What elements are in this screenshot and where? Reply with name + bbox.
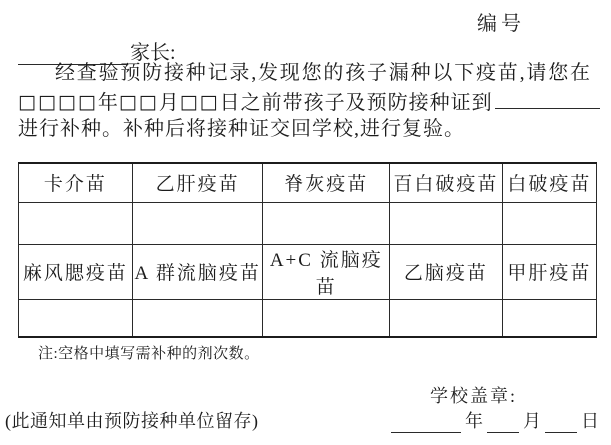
month-digit-boxes[interactable]: □□ [119,89,159,115]
fill-instruction-note: 注:空格中填写需补种的剂次数。 [38,342,260,363]
vaccine-name-cell: 甲肝疫苗 [502,244,596,299]
year-label: 年 [98,90,119,116]
year-digit-boxes[interactable]: □□□□ [18,89,98,115]
vaccine-name-cell: 乙脑疫苗 [390,244,503,299]
sign-year-label: 年 [465,407,483,433]
vaccine-name-cell: A+C 流脑疫苗 [263,244,390,299]
vaccine-name-cell: 卡介苗 [19,163,133,202]
dose-input-cell[interactable] [502,299,596,337]
serial-number-label: 编号 [477,7,525,36]
body-line1: 经查验预防接种记录,发现您的孩子漏种以下疫苗,请您在 [18,60,600,86]
vaccine-name-row: 卡介苗 乙肝疫苗 脊灰疫苗 百白破疫苗 白破疫苗 [19,163,597,202]
retention-note: (此通知单由预防接种单位留存) [5,407,259,433]
dose-input-cell[interactable] [263,299,390,337]
sign-year-blank[interactable] [391,412,461,433]
dose-input-row [19,299,597,337]
sign-month-blank[interactable] [487,412,519,433]
vaccine-table: 卡介苗 乙肝疫苗 脊灰疫苗 百白破疫苗 白破疫苗 麻风腮疫苗 A 群流脑疫苗 A… [18,162,597,338]
line2-suffix-text: 日之前带孩子及预防接种证到 [220,90,493,116]
dose-input-cell[interactable] [132,299,263,337]
dose-input-cell[interactable] [390,299,503,337]
vaccine-name-cell: 百白破疫苗 [390,163,503,202]
month-label: 月 [159,90,180,116]
vaccine-name-cell: 乙肝疫苗 [132,163,263,202]
vaccination-notice-page: 编号 家长: 经查验预防接种记录,发现您的孩子漏种以下疫苗,请您在 □□□□ 年… [0,0,611,445]
dose-input-cell[interactable] [502,202,596,244]
clinic-name-blank[interactable] [495,88,600,109]
school-stamp-label: 学校盖章: [430,382,517,408]
dose-input-cell[interactable] [132,202,263,244]
dose-input-row [19,202,597,244]
sign-day-blank[interactable] [545,412,577,433]
day-digit-boxes[interactable]: □□ [180,89,220,115]
vaccine-name-row: 麻风腮疫苗 A 群流脑疫苗 A+C 流脑疫苗 乙脑疫苗 甲肝疫苗 [19,244,597,299]
dose-input-cell[interactable] [390,202,503,244]
dose-input-cell[interactable] [263,202,390,244]
dose-input-cell[interactable] [19,299,133,337]
vaccine-name-cell: 白破疫苗 [502,163,596,202]
body-line2: □□□□ 年 □□ 月 □□ 日之前带孩子及预防接种证到 [18,88,600,116]
dose-input-cell[interactable] [19,202,133,244]
vaccine-name-cell: 脊灰疫苗 [263,163,390,202]
vaccine-name-cell: A 群流脑疫苗 [132,244,263,299]
vaccine-name-cell: 麻风腮疫苗 [19,244,133,299]
signature-date-line: 年 月 日 [391,407,599,433]
body-line3: 进行补种。补种后将接种证交回学校,进行复验。 [18,116,600,142]
sign-day-label: 日 [581,407,599,433]
sign-month-label: 月 [523,407,541,433]
